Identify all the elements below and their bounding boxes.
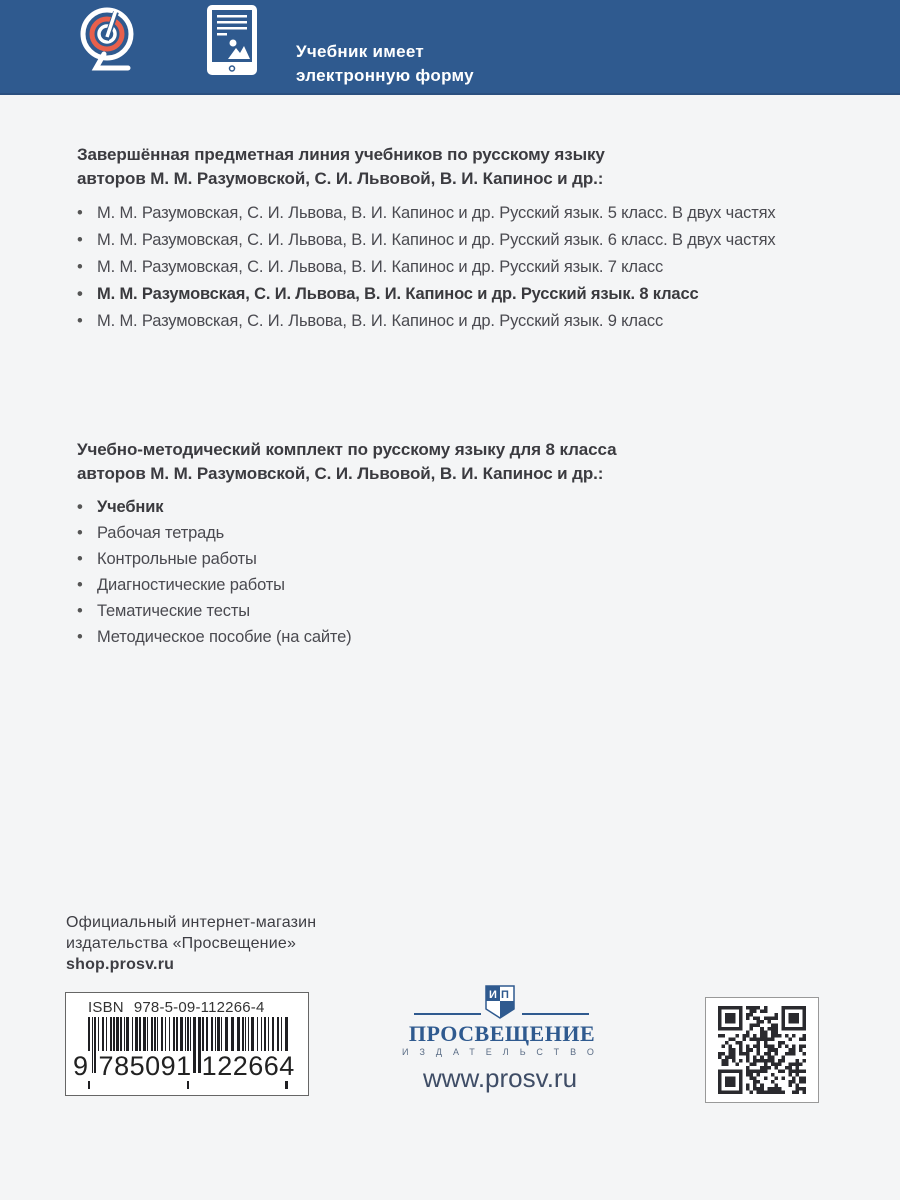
list-item: М. М. Разумовская, С. И. Львова, В. И. К… bbox=[77, 202, 827, 224]
svg-text:И: И bbox=[489, 989, 497, 1001]
publisher-name: ПРОСВЕЩЕНИЕ bbox=[402, 1021, 602, 1047]
teaching-kit-title-line2: авторов М. М. Разумовской, С. И. Львовой… bbox=[77, 462, 837, 486]
publisher-rule-right bbox=[522, 1013, 589, 1015]
svg-text:П: П bbox=[501, 989, 509, 1001]
list-item: Рабочая тетрадь bbox=[77, 523, 837, 544]
list-item: Контрольные работы bbox=[77, 549, 837, 570]
teaching-kit-list: Учебник Рабочая тетрадь Контрольные рабо… bbox=[77, 497, 837, 648]
textbook-line-list: М. М. Разумовская, С. И. Львова, В. И. К… bbox=[77, 202, 827, 332]
qr-code-icon bbox=[718, 1006, 806, 1094]
list-item: Тематические тесты bbox=[77, 601, 837, 622]
qr-code[interactable] bbox=[705, 997, 819, 1103]
tablet-icon bbox=[206, 4, 258, 76]
isbn-barcode: ISBN978-5-09-112266-4 9 785091 122664 bbox=[65, 992, 309, 1096]
list-item: М. М. Разумовская, С. И. Львова, В. И. К… bbox=[77, 256, 827, 278]
list-item-current: М. М. Разумовская, С. И. Львова, В. И. К… bbox=[77, 283, 797, 305]
publisher-emblem-icon: И П bbox=[485, 985, 515, 1019]
textbook-line-title-line1: Завершённая предметная линия учебников п… bbox=[77, 143, 837, 167]
textbook-line-title: Завершённая предметная линия учебников п… bbox=[77, 143, 837, 191]
electronic-form-line1: Учебник имеет bbox=[296, 40, 474, 64]
header-band: Учебник имеет электронную форму bbox=[0, 0, 900, 95]
isbn-prefix: ISBN bbox=[88, 999, 124, 1016]
isbn-label: ISBN978-5-09-112266-4 bbox=[88, 999, 265, 1016]
isbn-number: 978-5-09-112266-4 bbox=[134, 999, 265, 1016]
shop-url-link[interactable]: shop.prosv.ru bbox=[66, 954, 316, 975]
list-item: Методическое пособие (на сайте) bbox=[77, 627, 837, 648]
list-item: М. М. Разумовская, С. И. Львова, В. И. К… bbox=[77, 229, 827, 251]
publisher-rule-left bbox=[414, 1013, 481, 1015]
barcode-digits: 9 785091 122664 bbox=[72, 1051, 296, 1082]
barcode-digits-group2: 122664 bbox=[201, 1051, 296, 1081]
list-item: Диагностические работы bbox=[77, 575, 837, 596]
online-shop-info: Официальный интернет-магазин издательств… bbox=[66, 912, 316, 975]
list-item: Учебник bbox=[77, 497, 837, 518]
textbook-line-section: Завершённая предметная линия учебников п… bbox=[77, 143, 837, 337]
list-item: М. М. Разумовская, С. И. Львова, В. И. К… bbox=[77, 310, 827, 332]
textbook-line-title-line2: авторов М. М. Разумовской, С. И. Львовой… bbox=[77, 167, 837, 191]
barcode-digit-first: 9 bbox=[72, 1051, 90, 1081]
electronic-form-line2: электронную форму bbox=[296, 64, 474, 88]
publisher-url-link[interactable]: www.prosv.ru bbox=[400, 1063, 600, 1094]
publisher-subtitle: ИЗДАТЕЛЬСТВО bbox=[402, 1047, 602, 1057]
barcode-digits-group1: 785091 bbox=[98, 1051, 193, 1081]
teaching-kit-title-line1: Учебно-методический комплект по русскому… bbox=[77, 438, 837, 462]
shop-line1: Официальный интернет-магазин bbox=[66, 912, 316, 933]
teaching-kit-title: Учебно-методический комплект по русскому… bbox=[77, 438, 837, 486]
shop-line2: издательства «Просвещение» bbox=[66, 933, 316, 954]
electronic-form-logo-icon bbox=[78, 4, 140, 74]
teaching-kit-section: Учебно-методический комплект по русскому… bbox=[77, 438, 837, 653]
electronic-form-note: Учебник имеет электронную форму bbox=[296, 40, 474, 88]
